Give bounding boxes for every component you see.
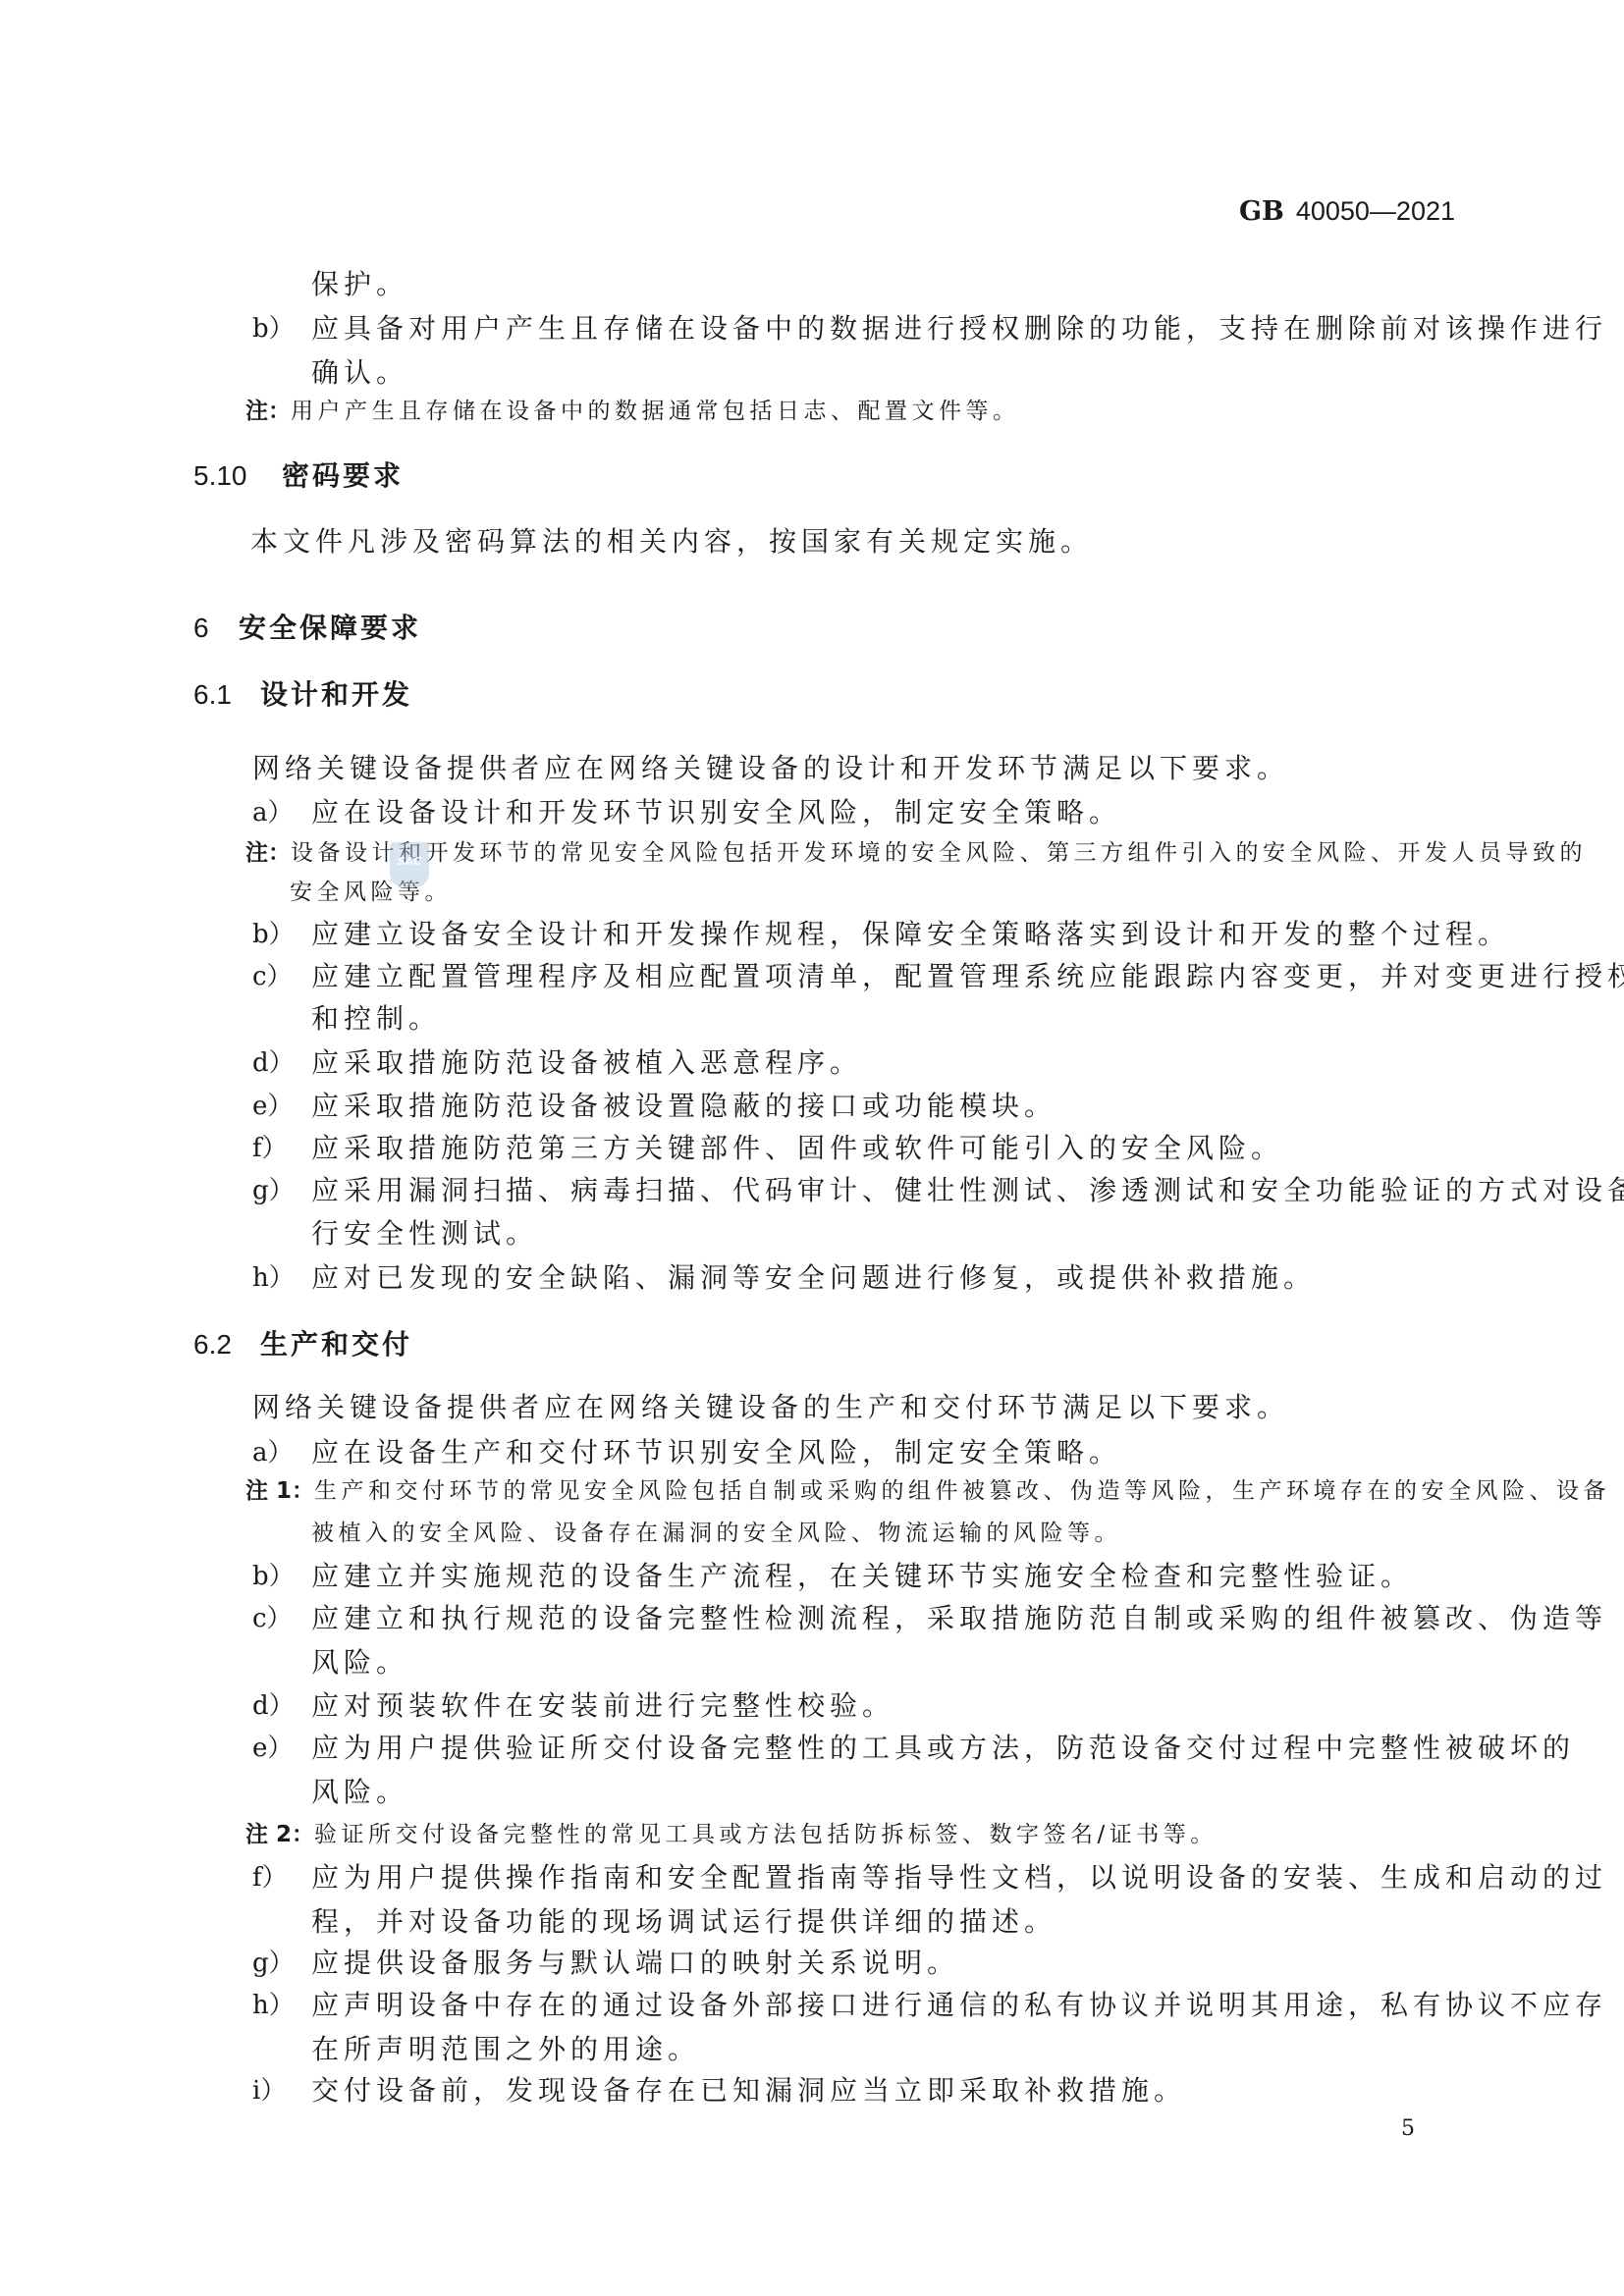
list-item-text: 应声明设备中存在的通过设备外部接口进行通信的私有协议并说明其用途，私有协议不应存 <box>311 1992 1607 2019</box>
list-marker: h） <box>252 1993 295 2018</box>
note-text: 用户产生且存储在设备中的数据通常包括日志、配置文件等。 <box>291 399 1020 424</box>
list-item-text: 应建立配置管理程序及相应配置项清单，配置管理系统应能跟踪内容变更，并对变更进行授… <box>311 963 1624 990</box>
note-text: 验证所交付设备完整性的常见工具或方法包括防拆标签、数字签名/证书等。 <box>314 1822 1218 1847</box>
list-marker: f） <box>252 1865 288 1891</box>
list-marker: h） <box>252 1265 295 1291</box>
list-marker: g） <box>252 1950 295 1976</box>
list-marker: i） <box>252 2078 286 2104</box>
paragraph: 网络关键设备提供者应在网络关键设备的生产和交付环节满足以下要求。 <box>252 1394 1289 1421</box>
list-item-text: 应为用户提供验证所交付设备完整性的工具或方法，防范设备交付过程中完整性被破坏的 <box>311 1735 1575 1762</box>
list-marker: c） <box>252 1606 293 1631</box>
note: 注：设备设计和开发环节的常见安全风险包括开发环境的安全风险、第三方组件引入的安全… <box>245 842 1587 865</box>
list-item-text: 应提供设备服务与默认端口的映射关系说明。 <box>311 1949 959 1977</box>
note-text: 设备设计和开发环节的常见安全风险包括开发环境的安全风险、第三方组件引入的安全风险… <box>291 840 1587 866</box>
paragraph: 网络关键设备提供者应在网络关键设备的设计和开发环节满足以下要求。 <box>252 755 1289 782</box>
section-number: 6.1 <box>193 681 260 709</box>
list-item-text-cont: 风险。 <box>311 1649 408 1677</box>
list-item-text: 应建立设备安全设计和开发操作规程，保障安全策略落实到设计和开发的整个过程。 <box>311 921 1510 948</box>
list-item-text-cont: 和控制。 <box>311 1005 441 1033</box>
page-number: 5 <box>1401 2116 1415 2141</box>
section-heading-6-2: 6.2生产和交付 <box>193 1331 412 1359</box>
note: 注 1：生产和交付环节的常见安全风险包括自制或采购的组件被篡改、伪造等风险，生产… <box>245 1480 1610 1503</box>
list-marker: b） <box>252 316 295 342</box>
list-marker: a） <box>252 1440 294 1466</box>
document-page: GB40050—2021 保护。 b） 应具备对用户产生且存储在设备中的数据进行… <box>0 0 1624 2296</box>
list-item-text: 应采取措施防范设备被植入恶意程序。 <box>311 1049 862 1077</box>
list-item-text: 应对预装软件在安装前进行完整性校验。 <box>311 1692 894 1720</box>
list-marker: b） <box>252 922 295 947</box>
list-item-text: 应对已发现的安全缺陷、漏洞等安全问题进行修复，或提供补救措施。 <box>311 1264 1316 1292</box>
list-marker: e） <box>252 1735 293 1761</box>
section-number: 6.2 <box>193 1331 260 1359</box>
list-item-text: 应在设备设计和开发环节识别安全风险，制定安全策略。 <box>311 799 1121 827</box>
list-item-text-cont: 在所声明范围之外的用途。 <box>311 2036 700 2063</box>
list-item-text: 交付设备前，发现设备存在已知漏洞应当立即采取补救措施。 <box>311 2077 1186 2105</box>
standard-number-header: GB40050—2021 <box>1239 196 1455 227</box>
list-marker: c） <box>252 964 293 989</box>
section-title: 设计和开发 <box>260 678 412 711</box>
section-heading-5-10: 5.10密码要求 <box>193 462 404 490</box>
list-item-text: 应采取措施防范设备被设置隐蔽的接口或功能模块。 <box>311 1093 1056 1120</box>
note-text-cont: 被植入的安全风险、设备存在漏洞的安全风险、物流运输的风险等。 <box>311 1522 1121 1545</box>
note: 注：用户产生且存储在设备中的数据通常包括日志、配置文件等。 <box>245 400 1020 423</box>
list-item-text-cont: 程，并对设备功能的现场调试运行提供详细的描述。 <box>311 1908 1056 1936</box>
list-item-text: 应采用漏洞扫描、病毒扫描、代码审计、健壮性测试、渗透测试和安全功能验证的方式对设… <box>311 1177 1624 1204</box>
list-marker: f） <box>252 1136 288 1161</box>
list-item-text: 应在设备生产和交付环节识别安全风险，制定安全策略。 <box>311 1439 1121 1467</box>
list-item-text: 应建立并实施规范的设备生产流程，在关键环节实施安全检查和完整性验证。 <box>311 1563 1413 1590</box>
list-item-text-cont: 行安全性测试。 <box>311 1220 538 1248</box>
section-title: 密码要求 <box>282 459 404 492</box>
chapter-number: 6 <box>193 614 239 642</box>
chapter-title: 安全保障要求 <box>239 612 421 644</box>
section-number: 5.10 <box>193 462 282 490</box>
list-item-text-cont: 确认。 <box>311 359 408 387</box>
note-label: 注 1： <box>245 1478 314 1504</box>
section-title: 生产和交付 <box>260 1328 412 1361</box>
note-label: 注： <box>245 840 291 866</box>
list-item-text: 应采取措施防范第三方关键部件、固件或软件可能引入的安全风险。 <box>311 1135 1283 1162</box>
note-label: 注： <box>245 399 291 424</box>
note-label: 注 2： <box>245 1822 314 1847</box>
note: 注 2：验证所交付设备完整性的常见工具或方法包括防拆标签、数字签名/证书等。 <box>245 1824 1218 1846</box>
standard-prefix: GB <box>1239 196 1284 227</box>
list-item-text: 应具备对用户产生且存储在设备中的数据进行授权删除的功能，支持在删除前对该操作进行 <box>311 315 1607 343</box>
standard-code: 40050—2021 <box>1296 196 1455 226</box>
note-text: 生产和交付环节的常见安全风险包括自制或采购的组件被篡改、伪造等风险，生产环境存在… <box>314 1478 1610 1504</box>
list-marker: a） <box>252 800 294 826</box>
sac-watermark-icon: SAC <box>390 842 429 887</box>
chapter-heading-6: 6安全保障要求 <box>193 614 421 642</box>
list-item-text: 应为用户提供操作指南和安全配置指南等指导性文档，以说明设备的安装、生成和启动的过 <box>311 1864 1607 1892</box>
list-marker: b） <box>252 1564 295 1589</box>
list-marker: e） <box>252 1094 293 1119</box>
note-text-cont: 安全风险等。 <box>290 881 452 904</box>
list-marker: d） <box>252 1050 295 1076</box>
paragraph: 本文件凡涉及密码算法的相关内容，按国家有关规定实施。 <box>250 528 1093 556</box>
section-heading-6-1: 6.1设计和开发 <box>193 681 412 709</box>
list-marker: d） <box>252 1693 295 1719</box>
list-item-text-cont: 风险。 <box>311 1779 408 1806</box>
list-item-text: 应建立和执行规范的设备完整性检测流程，采取措施防范自制或采购的组件被篡改、伪造等 <box>311 1605 1607 1632</box>
list-marker: g） <box>252 1178 295 1203</box>
continuation-text: 保护。 <box>311 271 408 298</box>
